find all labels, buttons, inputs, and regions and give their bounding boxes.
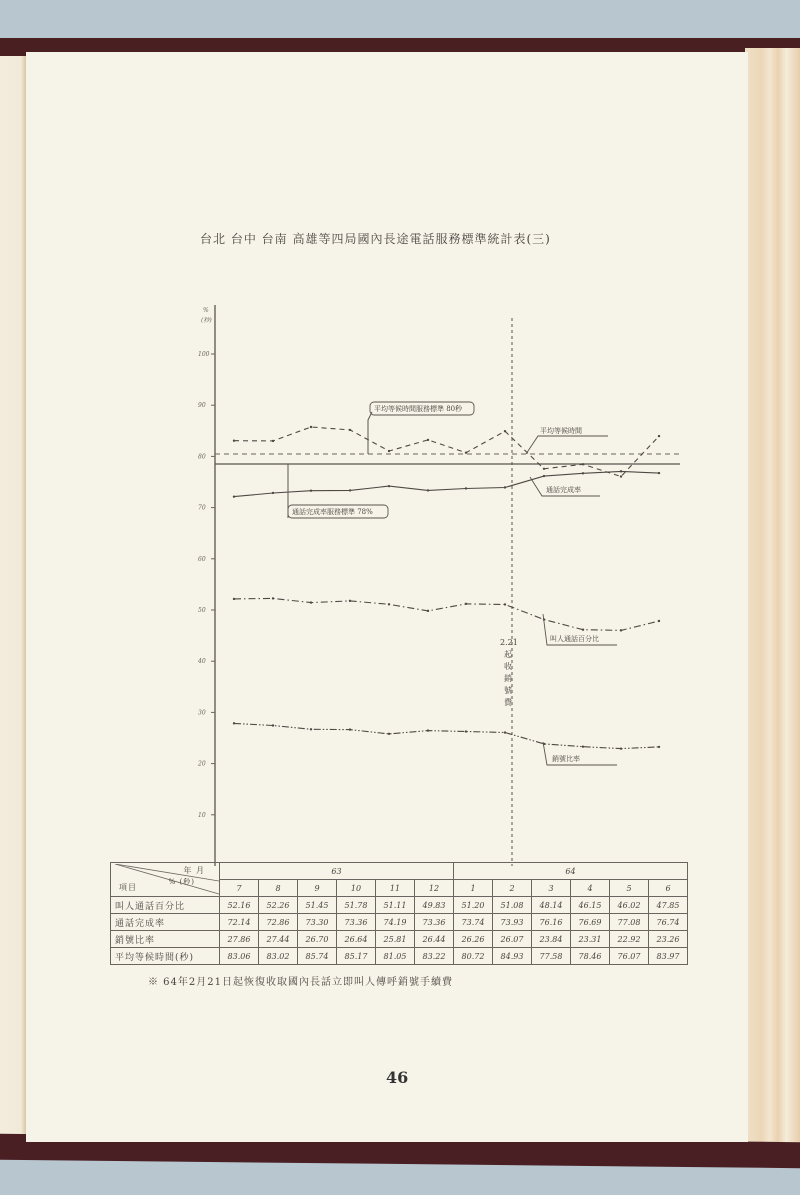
data-point xyxy=(582,745,584,747)
month-header: 5 xyxy=(610,880,649,897)
series-line xyxy=(234,427,659,477)
table-cell: 84.93 xyxy=(493,948,532,965)
y-tick-label: 40 xyxy=(197,658,206,665)
y-unit-label: % xyxy=(203,307,209,314)
data-point xyxy=(272,597,274,599)
y-tick-label: 20 xyxy=(197,761,206,768)
table-cell: 51.45 xyxy=(298,897,337,914)
table-cell: 81.05 xyxy=(376,948,415,965)
y-unit-label-2: (秒) xyxy=(201,316,212,324)
y-tick-label: 80 xyxy=(198,453,206,460)
table-cell: 23.26 xyxy=(649,931,688,948)
data-point xyxy=(272,724,274,726)
table-cell: 73.36 xyxy=(415,914,454,931)
month-header: 3 xyxy=(532,880,571,897)
corner-unit: % (秒) xyxy=(169,877,195,887)
row-label: 通話完成率 xyxy=(111,914,220,931)
y-tick-label: 10 xyxy=(198,812,206,819)
table-cell: 52.16 xyxy=(220,897,259,914)
data-point xyxy=(233,722,235,724)
y-tick-label: 70 xyxy=(198,505,206,512)
month-header: 12 xyxy=(415,880,454,897)
data-point xyxy=(310,601,312,603)
table-cell: 51.20 xyxy=(454,897,493,914)
y-tick-label: 60 xyxy=(198,556,206,563)
data-point xyxy=(310,490,312,492)
table-cell: 46.02 xyxy=(610,897,649,914)
data-point xyxy=(620,475,622,477)
table-row: 通話完成率72.1472.8673.3073.3674.1973.3673.74… xyxy=(111,914,688,931)
line-chart: % (秒) 102030405060708090100 2.21起收銷號費 平均… xyxy=(0,0,800,1195)
table-cell: 76.69 xyxy=(571,914,610,931)
wait-standard-leader xyxy=(368,412,372,454)
table-cell: 83.06 xyxy=(220,948,259,965)
data-point xyxy=(504,603,506,605)
data-point xyxy=(620,470,622,472)
table-cell: 73.30 xyxy=(298,914,337,931)
completion-series-label: 通話完成率 xyxy=(546,485,581,494)
data-point xyxy=(388,485,390,487)
month-header: 11 xyxy=(376,880,415,897)
data-point xyxy=(465,487,467,489)
data-point xyxy=(388,603,390,605)
data-point xyxy=(543,475,545,477)
data-point xyxy=(658,620,660,622)
table-cell: 52.26 xyxy=(259,897,298,914)
table-row: 銷號比率27.8627.4426.7026.6425.8126.4426.262… xyxy=(111,931,688,948)
table-row: 叫人通話百分比52.1652.2651.4551.7851.1149.8351.… xyxy=(111,897,688,914)
table-cell: 83.02 xyxy=(259,948,298,965)
series-line xyxy=(234,598,659,630)
table-cell: 76.07 xyxy=(610,948,649,965)
table-cell: 23.31 xyxy=(571,931,610,948)
table-cell: 72.86 xyxy=(259,914,298,931)
table-cell: 51.11 xyxy=(376,897,415,914)
data-point xyxy=(465,603,467,605)
table-cell: 74.19 xyxy=(376,914,415,931)
month-header: 8 xyxy=(259,880,298,897)
table-cell: 26.70 xyxy=(298,931,337,948)
data-point xyxy=(427,729,429,731)
table-cell: 48.14 xyxy=(532,897,571,914)
table-cell: 51.78 xyxy=(337,897,376,914)
person-series-label: 叫人通話百分比 xyxy=(550,634,599,643)
event-char: 2.21 xyxy=(500,638,518,647)
completion-standard-label: 通話完成率服務標準 78% xyxy=(292,507,373,516)
data-point xyxy=(272,440,274,442)
data-point xyxy=(272,492,274,494)
event-char: 起 xyxy=(504,649,512,659)
table-cell: 27.44 xyxy=(259,931,298,948)
table-cell: 73.36 xyxy=(337,914,376,931)
month-header: 10 xyxy=(337,880,376,897)
y-tick-label: 30 xyxy=(198,709,206,716)
data-point xyxy=(504,731,506,733)
month-header: 4 xyxy=(571,880,610,897)
month-header: 6 xyxy=(649,880,688,897)
series-line xyxy=(234,471,659,496)
data-point xyxy=(233,598,235,600)
y-tick-label: 90 xyxy=(198,402,206,409)
event-annotation: 2.21起收銷號費 xyxy=(500,638,518,707)
wait-series-leader xyxy=(526,436,608,454)
table-cell: 26.64 xyxy=(337,931,376,948)
data-point xyxy=(427,610,429,612)
data-point xyxy=(349,728,351,730)
month-header: 9 xyxy=(298,880,337,897)
data-point xyxy=(310,728,312,730)
corner-item: 項目 xyxy=(119,882,137,893)
table-cell: 76.16 xyxy=(532,914,571,931)
data-point xyxy=(582,629,584,631)
y-ticks: 102030405060708090100 xyxy=(197,351,215,819)
data-point xyxy=(427,489,429,491)
year-header-64: 64 xyxy=(454,863,688,880)
table-cell: 77.08 xyxy=(610,914,649,931)
data-point xyxy=(543,468,545,470)
data-point xyxy=(504,486,506,488)
data-point xyxy=(349,489,351,491)
data-point xyxy=(388,733,390,735)
table-corner-header: 年 月 % (秒) 項目 xyxy=(111,863,220,897)
page-number: 46 xyxy=(386,1068,408,1087)
wait-series-label: 平均等候時間 xyxy=(540,426,582,435)
table-cell: 25.81 xyxy=(376,931,415,948)
table-cell: 49.83 xyxy=(415,897,454,914)
table-cell: 46.15 xyxy=(571,897,610,914)
table-cell: 83.22 xyxy=(415,948,454,965)
table-cell: 47.85 xyxy=(649,897,688,914)
series-line xyxy=(234,723,659,748)
table-cell: 26.44 xyxy=(415,931,454,948)
table-row: 平均等候時間(秒)83.0683.0285.7485.1781.0583.228… xyxy=(111,948,688,965)
event-char: 費 xyxy=(504,697,513,707)
month-header: 1 xyxy=(454,880,493,897)
data-point xyxy=(465,452,467,454)
table-cell: 73.93 xyxy=(493,914,532,931)
table-cell: 78.46 xyxy=(571,948,610,965)
table-cell: 51.08 xyxy=(493,897,532,914)
table-cell: 27.86 xyxy=(220,931,259,948)
table-cell: 72.14 xyxy=(220,914,259,931)
table-cell: 85.74 xyxy=(298,948,337,965)
data-point xyxy=(658,435,660,437)
data-table: 年 月 % (秒) 項目 63 64 789101112123456 叫人通話百… xyxy=(110,862,688,965)
data-point xyxy=(582,463,584,465)
event-char: 收 xyxy=(504,661,512,671)
data-point xyxy=(349,600,351,602)
table-cell: 26.07 xyxy=(493,931,532,948)
y-tick-label: 100 xyxy=(198,351,210,358)
event-char: 號 xyxy=(504,685,512,695)
table-cell: 22.92 xyxy=(610,931,649,948)
data-point xyxy=(427,439,429,441)
data-point xyxy=(658,746,660,748)
table-cell: 85.17 xyxy=(337,948,376,965)
data-point xyxy=(658,472,660,474)
cancel-series-label: 銷號比率 xyxy=(552,754,580,763)
data-point xyxy=(233,495,235,497)
table-cell: 83.97 xyxy=(649,948,688,965)
data-point xyxy=(233,440,235,442)
corner-year-month: 年 月 xyxy=(183,865,205,876)
data-point xyxy=(388,450,390,452)
data-point xyxy=(310,426,312,428)
month-header: 2 xyxy=(493,880,532,897)
data-point xyxy=(582,472,584,474)
footnote: ※ 64年2月21日起恢復收取國內長話立即叫人傳呼銷號手續費 xyxy=(148,973,453,988)
data-point xyxy=(504,430,506,432)
wait-standard-label: 平均等候時間服務標準 80秒 xyxy=(374,404,463,413)
table-cell: 77.58 xyxy=(532,948,571,965)
event-char: 銷 xyxy=(504,673,512,683)
data-point xyxy=(620,629,622,631)
row-label: 平均等候時間(秒) xyxy=(111,948,220,965)
data-point xyxy=(349,429,351,431)
row-label: 銷號比率 xyxy=(111,931,220,948)
data-point xyxy=(465,730,467,732)
table-cell: 23.84 xyxy=(532,931,571,948)
year-header-63: 63 xyxy=(220,863,454,880)
table-cell: 76.74 xyxy=(649,914,688,931)
table-cell: 80.72 xyxy=(454,948,493,965)
month-header: 7 xyxy=(220,880,259,897)
y-tick-label: 50 xyxy=(198,607,206,614)
row-label: 叫人通話百分比 xyxy=(111,897,220,914)
table-cell: 26.26 xyxy=(454,931,493,948)
table-cell: 73.74 xyxy=(454,914,493,931)
data-point xyxy=(620,747,622,749)
series-group xyxy=(233,426,660,750)
